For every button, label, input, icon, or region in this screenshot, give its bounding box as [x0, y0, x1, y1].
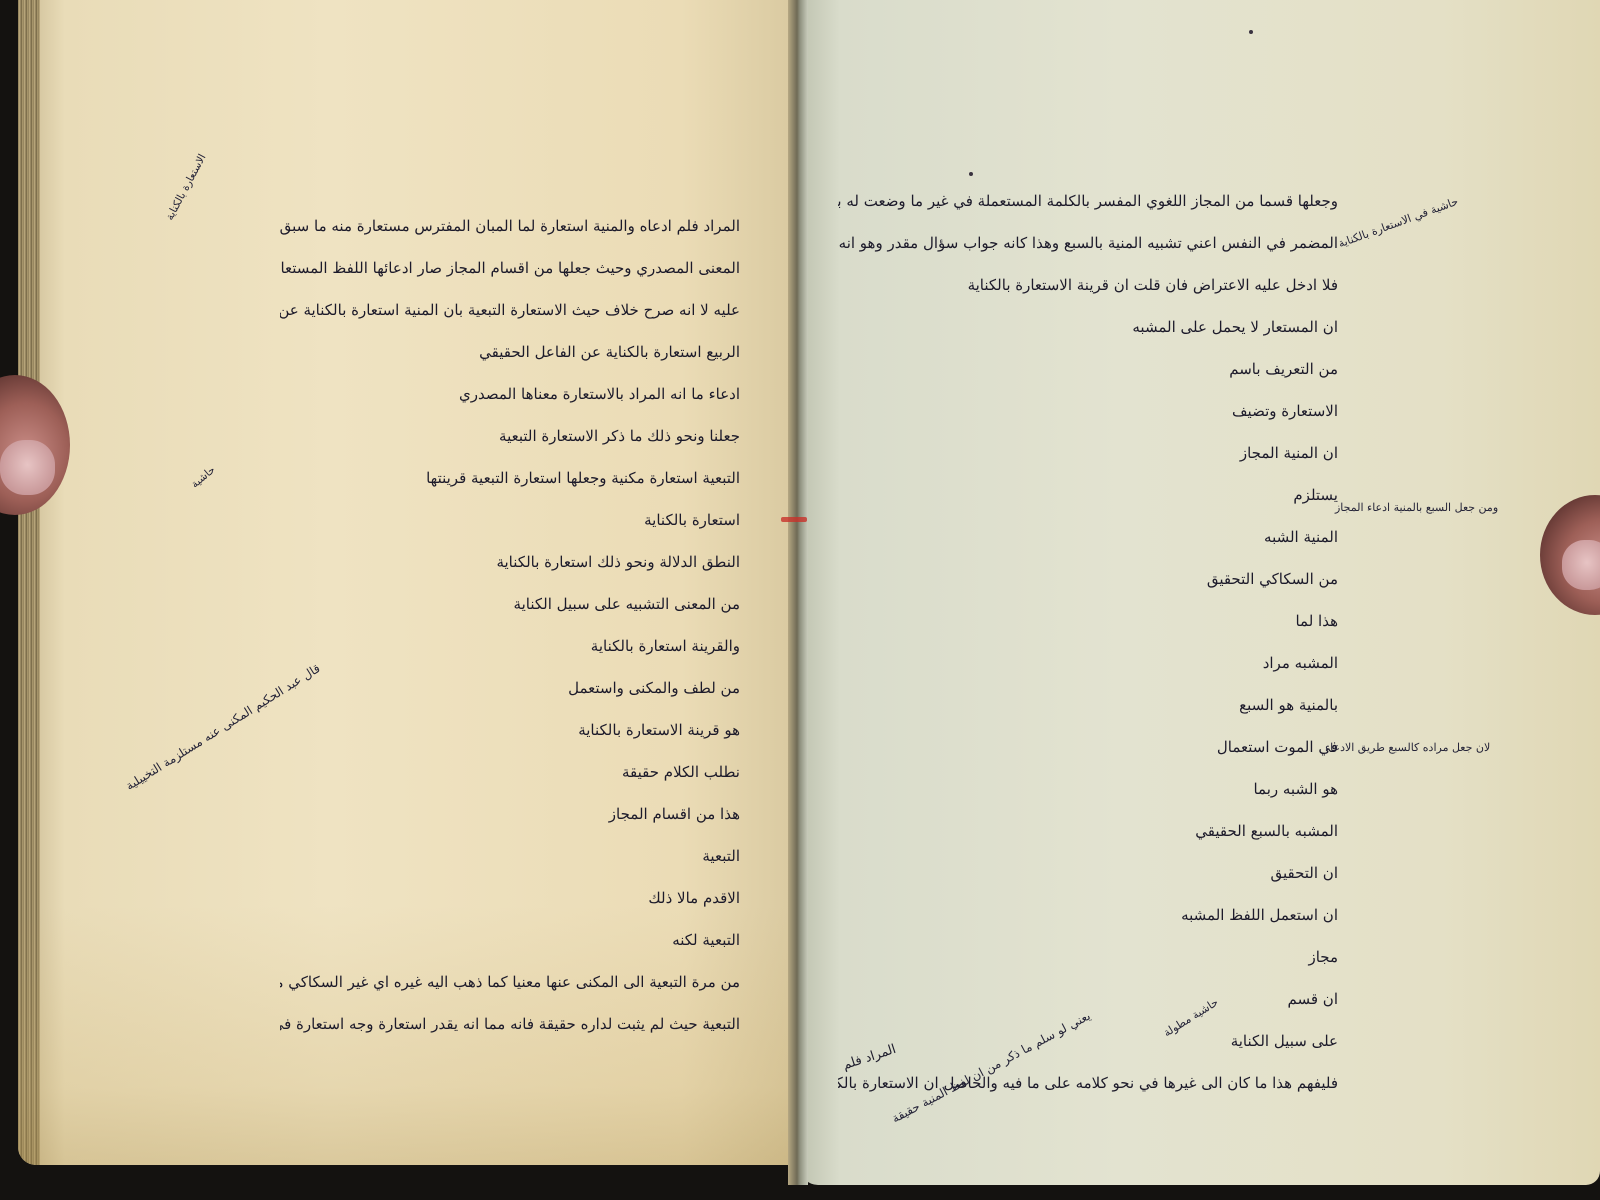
- text-line: المشبه مراد: [838, 642, 1338, 684]
- text-line: بالمنية هو السبع: [838, 684, 1338, 726]
- text-line: ادعاء ما انه المراد بالاستعارة معناها ال…: [280, 373, 740, 415]
- text-line: المنية الشبه: [838, 516, 1338, 558]
- open-manuscript: المراد فلم ادعاه والمنية استعارة لما الم…: [0, 0, 1600, 1200]
- text-line: نطلب الكلام حقيقة: [280, 751, 740, 793]
- text-line: من مرة التبعية الى المكنى عنها معنيا كما…: [280, 961, 740, 1003]
- text-line: المراد فلم ادعاه والمنية استعارة لما الم…: [280, 205, 740, 247]
- text-line: التبعية: [280, 835, 740, 877]
- text-line: مجاز: [838, 936, 1338, 978]
- text-line: جعلنا ونحو ذلك ما ذكر الاستعارة التبعية: [280, 415, 740, 457]
- text-line: الاقدم مالا ذلك: [280, 877, 740, 919]
- text-line: التبعية حيث لم يثبت لداره حقيقة فانه مما…: [280, 1003, 740, 1045]
- ink-spot: [1249, 30, 1253, 34]
- gutter: [788, 0, 808, 1185]
- text-line: من التعريف باسم: [838, 348, 1338, 390]
- ink-spot: [969, 172, 973, 176]
- text-line: استعارة بالكناية: [280, 499, 740, 541]
- text-line: يستلزم: [838, 474, 1338, 516]
- text-line: الربيع استعارة بالكناية عن الفاعل الحقيق…: [280, 331, 740, 373]
- binding-thread: [781, 517, 807, 522]
- text-line: هو الشبه ربما: [838, 768, 1338, 810]
- marginal-note-lower-right: لان جعل مراده كالسبع طريق الادعاء: [1325, 740, 1490, 755]
- text-line: في الموت استعمال: [838, 726, 1338, 768]
- text-line: المضمر في النفس اعني تشبيه المنية بالسبع…: [838, 222, 1338, 264]
- text-line: وجعلها قسما من المجاز اللغوي المفسر بالك…: [838, 180, 1338, 222]
- text-line: الاستعارة وتضيف: [838, 390, 1338, 432]
- text-line: ان التحقيق: [838, 852, 1338, 894]
- marginal-note-middle-right: ومن جعل السبع بالمنية ادعاء المجاز: [1335, 500, 1498, 515]
- text-line: ان المستعار لا يحمل على المشبه: [838, 306, 1338, 348]
- text-line: فليفهم هذا ما كان الى غيرها في نحو كلامه…: [838, 1062, 1338, 1104]
- text-line: التبعية استعارة مكنية وجعلها استعارة الت…: [280, 457, 740, 499]
- text-line: هذا لما: [838, 600, 1338, 642]
- text-line: فلا ادخل عليه الاعتراض فان قلت ان قرينة …: [838, 264, 1338, 306]
- text-line: من لطف والمكنى واستعمل: [280, 667, 740, 709]
- text-line: على سبيل الكناية: [838, 1020, 1338, 1062]
- text-line: ان استعمل اللفظ المشبه: [838, 894, 1338, 936]
- text-line: هذا من اقسام المجاز: [280, 793, 740, 835]
- text-line: والقرينة استعارة بالكناية: [280, 625, 740, 667]
- right-thumbnail: [1562, 540, 1600, 590]
- text-line: المشبه بالسبع الحقيقي: [838, 810, 1338, 852]
- text-line: عليه لا انه صرح خلاف حيث الاستعارة التبع…: [280, 289, 740, 331]
- text-line: من السكاكي التحقيق: [838, 558, 1338, 600]
- left-thumbnail: [0, 440, 55, 495]
- text-line: ان المنية المجاز: [838, 432, 1338, 474]
- text-line: هو قرينة الاستعارة بالكناية: [280, 709, 740, 751]
- text-line: المعنى المصدري وحيث جعلها من اقسام المجا…: [280, 247, 740, 289]
- text-line: التبعية لكنه: [280, 919, 740, 961]
- right-page-text-block: وجعلها قسما من المجاز اللغوي المفسر بالك…: [838, 180, 1338, 1104]
- text-line: من المعنى التشبيه على سبيل الكناية: [280, 583, 740, 625]
- left-page-text-block: المراد فلم ادعاه والمنية استعارة لما الم…: [280, 205, 740, 1045]
- text-line: النطق الدلالة ونحو ذلك استعارة بالكناية: [280, 541, 740, 583]
